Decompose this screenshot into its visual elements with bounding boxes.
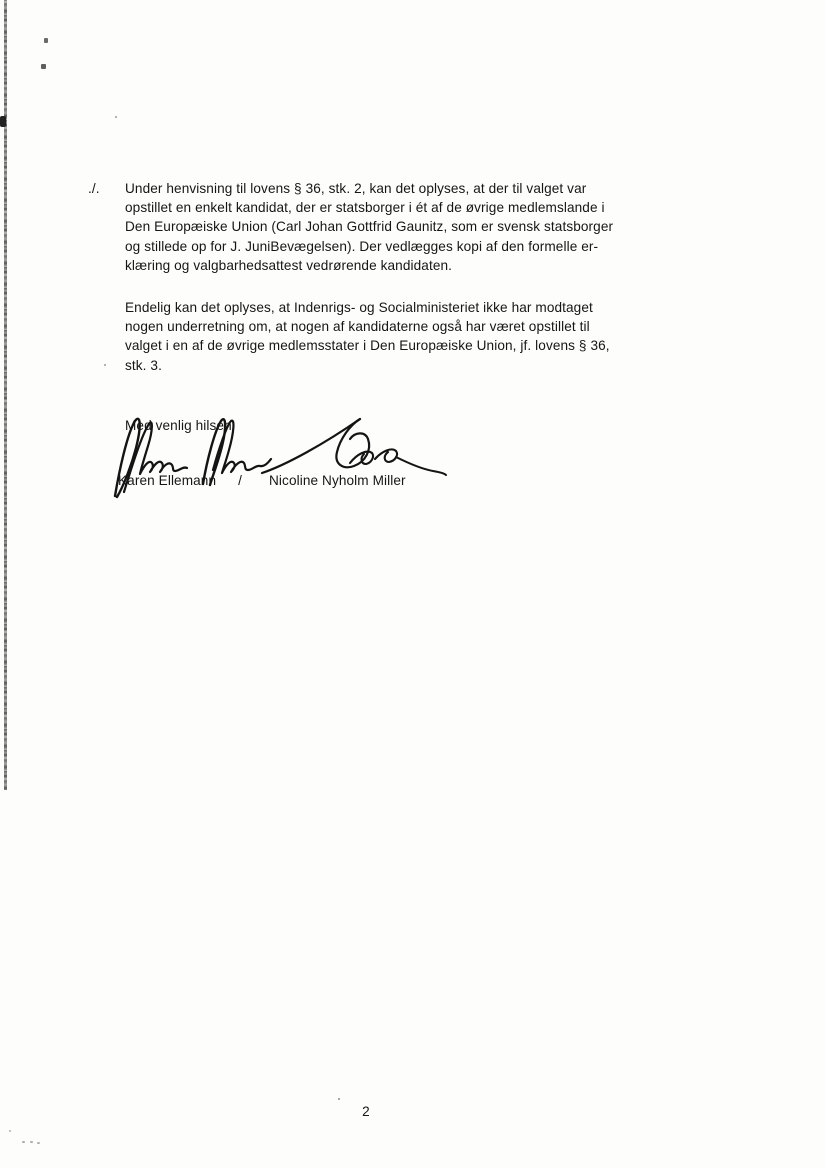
text-line: stk. 3. (125, 356, 635, 375)
signature-nicoline-nyholm-miller (262, 419, 446, 475)
scanned-letter-page: ./. Under henvisning til lovens § 36, st… (0, 0, 825, 1168)
signer2-name: Nicoline Nyholm Miller (269, 471, 406, 490)
text-line: valget i en af de øvrige medlemsstater i… (125, 336, 635, 355)
paragraph-1: Under henvisning til lovens § 36, stk. 2… (125, 179, 635, 275)
scan-speck (44, 38, 48, 43)
text-line: Endelig kan det oplyses, at Indenrigs- o… (125, 298, 635, 317)
text-line: Den Europæiske Union (Carl Johan Gottfri… (125, 217, 635, 236)
paragraph-2: Endelig kan det oplyses, at Indenrigs- o… (125, 298, 635, 375)
text-line: klæring og valgbarhedsattest vedrørende … (125, 256, 635, 275)
text-line: opstillet en enkelt kandidat, der er sta… (125, 198, 635, 217)
scan-speck (30, 1141, 33, 1143)
text-line: nogen underretning om, at nogen af kandi… (125, 317, 635, 336)
scan-speck (37, 1142, 40, 1144)
scan-speck (115, 116, 117, 118)
signer1-name: Karen Ellemann (118, 471, 216, 490)
enclosure-mark: ./. (88, 179, 100, 198)
page-number: 2 (356, 1102, 376, 1121)
scan-speck (104, 364, 106, 366)
text-line: og stillede op for J. JuniBevægelsen). D… (125, 237, 635, 256)
signer-names-row: Karen Ellemann / Nicoline Nyholm Miller (118, 471, 406, 490)
scan-speck (9, 1130, 11, 1132)
text-line: Under henvisning til lovens § 36, stk. 2… (125, 179, 635, 198)
scan-speck (22, 1141, 25, 1143)
scan-blob-artifact (0, 116, 6, 127)
signer-separator: / (238, 471, 242, 490)
scan-speck (41, 64, 46, 69)
scan-speck (338, 1098, 340, 1100)
